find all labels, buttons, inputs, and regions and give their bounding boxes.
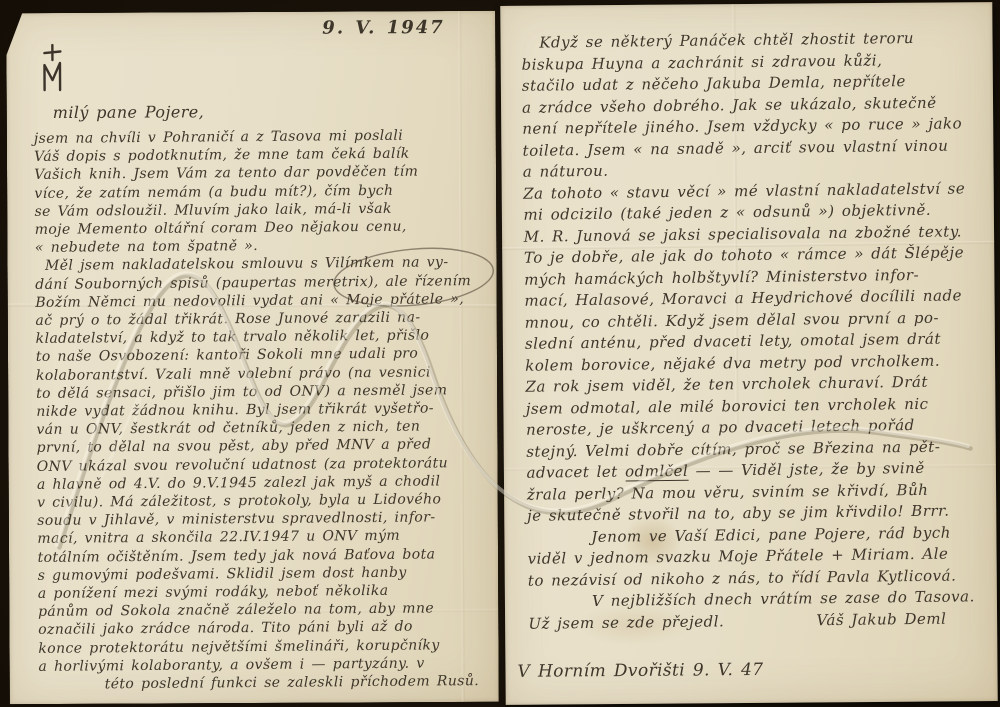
letter-body-right: Když se některý Panáček chtěl zhostit te… [521,27,988,635]
letter-date: 9. V. 1947 [322,17,445,39]
cross-m-monogram-icon [39,43,65,97]
signature: Váš Jakub Deml [816,608,946,631]
letter-page-right: Když se některý Panáček chtěl zhostit te… [500,2,997,705]
salutation: milý pane Pojere, [53,102,204,122]
place-date-line: V Horním Dvořišti 9. V. 47 [517,660,763,682]
letter-line: Už jsem se zde přejedl.Váš Jakub Deml [528,608,988,635]
letter-line: této poslední funkci se zaleskli příchod… [39,672,491,694]
letter-page-left: 9. V. 1947 milý pane Pojere, jsem na chv… [6,11,499,705]
letter-scan: 9. V. 1947 milý pane Pojere, jsem na chv… [0,0,1000,707]
letter-body-left: jsem na chvíli v Pohraničí a z Tasova mi… [34,126,491,694]
